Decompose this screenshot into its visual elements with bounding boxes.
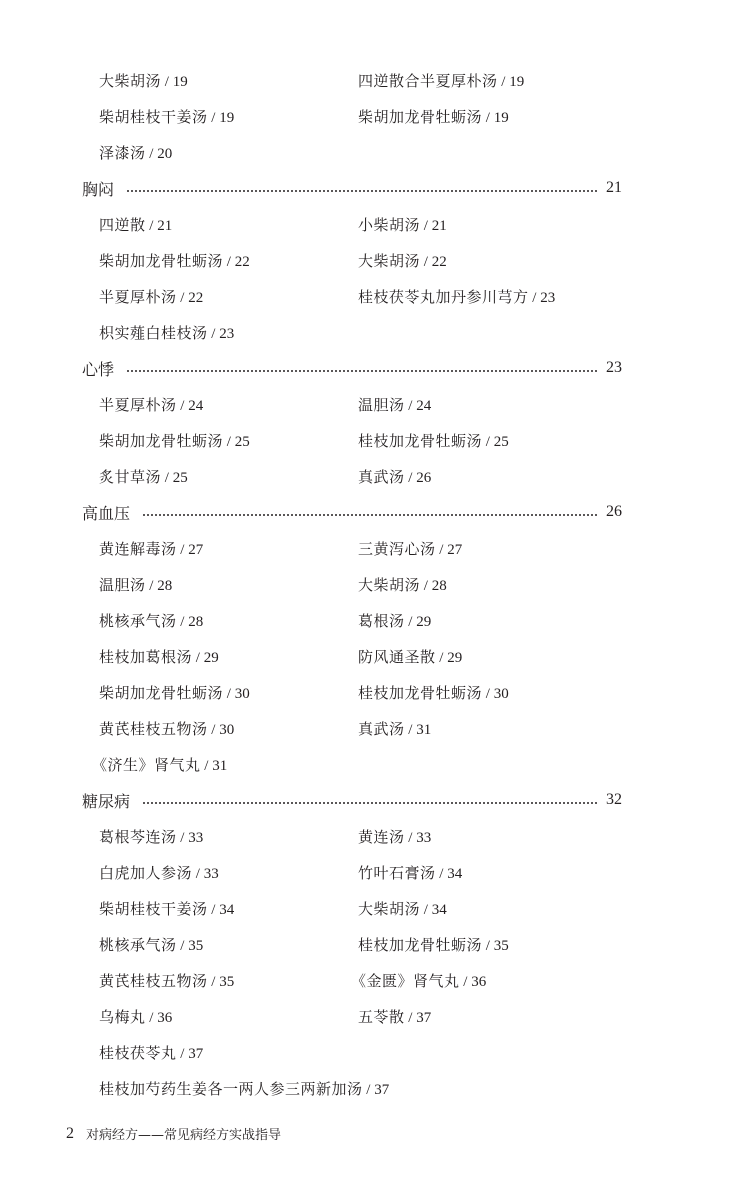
entry-title: 桂枝加葛根汤 xyxy=(99,648,192,666)
entry-title: 大柴胡汤 xyxy=(358,252,420,270)
page-number: 2 xyxy=(66,1125,74,1143)
entry-page: 22 xyxy=(235,254,250,270)
entry-title: 大柴胡汤 xyxy=(99,72,161,90)
toc-entry-left: 柴胡桂枝干姜汤 / 34 xyxy=(82,898,358,919)
toc-row: 乌梅丸 / 36五苓散 / 37 xyxy=(82,998,622,1034)
separator: / xyxy=(192,650,204,666)
section-title: 糖尿病 xyxy=(82,789,130,812)
toc-row: 桃核承气汤 / 35桂枝加龙骨牡蛎汤 / 35 xyxy=(82,926,622,962)
entry-title: 枳实薤白桂枝汤 xyxy=(99,324,208,342)
entry-page: 21 xyxy=(157,218,172,234)
entry-title: 桃核承气汤 xyxy=(99,612,177,630)
toc-entry-left: 柴胡桂枝干姜汤 / 19 xyxy=(82,106,358,127)
separator: / xyxy=(208,902,220,918)
separator: / xyxy=(177,290,189,306)
toc-entry-left: 半夏厚朴汤 / 24 xyxy=(82,394,358,415)
separator: / xyxy=(436,866,448,882)
separator: / xyxy=(201,758,213,774)
dotted-leader xyxy=(142,802,598,804)
entry-title: 柴胡加龙骨牡蛎汤 xyxy=(99,252,223,270)
toc-entry-right: 桂枝茯苓丸加丹参川芎方 / 23 xyxy=(358,286,622,307)
entry-page: 27 xyxy=(447,542,462,558)
entry-title: 《济生》肾气丸 xyxy=(92,756,201,774)
entry-title: 桂枝加龙骨牡蛎汤 xyxy=(358,684,482,702)
toc-entry-left: 温胆汤 / 28 xyxy=(82,574,358,595)
entry-title: 葛根芩连汤 xyxy=(99,828,177,846)
entry-title: 半夏厚朴汤 xyxy=(99,396,177,414)
toc-row: 炙甘草汤 / 25真武汤 / 26 xyxy=(82,458,622,494)
entry-page: 36 xyxy=(471,974,486,990)
separator: / xyxy=(223,254,235,270)
toc-entry-right: 大柴胡汤 / 28 xyxy=(358,574,622,595)
toc-entry-left: 桂枝茯苓丸 / 37 xyxy=(82,1042,358,1063)
separator: / xyxy=(208,326,220,342)
toc-entry-right: 大柴胡汤 / 22 xyxy=(358,250,622,271)
entry-page: 22 xyxy=(188,290,203,306)
toc-entry-left: 黄芪桂枝五物汤 / 35 xyxy=(82,970,358,991)
separator: / xyxy=(161,74,173,90)
toc-entry-left: 柴胡加龙骨牡蛎汤 / 25 xyxy=(82,430,358,451)
toc-entry-right: 真武汤 / 31 xyxy=(358,718,622,739)
entry-page: 34 xyxy=(432,902,447,918)
separator: / xyxy=(498,74,510,90)
separator: / xyxy=(146,146,158,162)
entry-title: 葛根汤 xyxy=(358,612,405,630)
entry-title: 竹叶石膏汤 xyxy=(358,864,436,882)
entry-title: 柴胡桂枝干姜汤 xyxy=(99,900,208,918)
entry-page: 31 xyxy=(416,722,431,738)
separator: / xyxy=(482,686,494,702)
separator: / xyxy=(482,110,494,126)
separator: / xyxy=(363,1082,375,1098)
toc-row: 四逆散 / 21小柴胡汤 / 21 xyxy=(82,206,622,242)
separator: / xyxy=(208,722,220,738)
entry-page: 20 xyxy=(157,146,172,162)
entry-title: 黄连解毒汤 xyxy=(99,540,177,558)
entry-page: 28 xyxy=(432,578,447,594)
entry-page: 23 xyxy=(540,290,555,306)
toc-row: 柴胡加龙骨牡蛎汤 / 25桂枝加龙骨牡蛎汤 / 25 xyxy=(82,422,622,458)
toc-entry-right: 温胆汤 / 24 xyxy=(358,394,622,415)
separator: / xyxy=(405,614,417,630)
entry-page: 19 xyxy=(173,74,188,90)
toc-row: 葛根芩连汤 / 33黄连汤 / 33 xyxy=(82,818,622,854)
entry-page: 21 xyxy=(432,218,447,234)
separator: / xyxy=(405,470,417,486)
entry-page: 33 xyxy=(188,830,203,846)
toc-entry-right: 四逆散合半夏厚朴汤 / 19 xyxy=(358,70,622,91)
section-title: 高血压 xyxy=(82,501,130,524)
separator: / xyxy=(420,218,432,234)
toc-entry-right: 大柴胡汤 / 34 xyxy=(358,898,622,919)
separator: / xyxy=(223,686,235,702)
toc-entry-left: 半夏厚朴汤 / 22 xyxy=(82,286,358,307)
entry-title: 三黄泻心汤 xyxy=(358,540,436,558)
toc-entry-right: 桂枝加龙骨牡蛎汤 / 25 xyxy=(358,430,622,451)
entry-page: 37 xyxy=(374,1082,389,1098)
entry-page: 29 xyxy=(204,650,219,666)
toc-row: 温胆汤 / 28大柴胡汤 / 28 xyxy=(82,566,622,602)
entry-title: 小柴胡汤 xyxy=(358,216,420,234)
entry-page: 35 xyxy=(188,938,203,954)
entry-page: 24 xyxy=(188,398,203,414)
entry-title: 炙甘草汤 xyxy=(99,468,161,486)
dotted-leader xyxy=(126,190,598,192)
toc-row: 黄连解毒汤 / 27三黄泻心汤 / 27 xyxy=(82,530,622,566)
entry-page: 19 xyxy=(509,74,524,90)
toc-row: 桃核承气汤 / 28葛根汤 / 29 xyxy=(82,602,622,638)
toc-entry-right: 三黄泻心汤 / 27 xyxy=(358,538,622,559)
separator: / xyxy=(405,1010,417,1026)
entry-page: 34 xyxy=(447,866,462,882)
entry-title: 桂枝加龙骨牡蛎汤 xyxy=(358,432,482,450)
entry-title: 四逆散合半夏厚朴汤 xyxy=(358,72,498,90)
separator: / xyxy=(482,938,494,954)
entry-title: 黄连汤 xyxy=(358,828,405,846)
entry-title: 泽漆汤 xyxy=(99,144,146,162)
separator: / xyxy=(208,110,220,126)
toc-entry-left: 泽漆汤 / 20 xyxy=(82,142,358,163)
toc-row: 桂枝加葛根汤 / 29防风通圣散 / 29 xyxy=(82,638,622,674)
entry-title: 桂枝茯苓丸 xyxy=(99,1044,177,1062)
entry-page: 25 xyxy=(235,434,250,450)
separator: / xyxy=(405,830,417,846)
toc-entry-left: 乌梅丸 / 36 xyxy=(82,1006,358,1027)
entry-title: 防风通圣散 xyxy=(358,648,436,666)
entry-page: 31 xyxy=(212,758,227,774)
toc-row: 柴胡加龙骨牡蛎汤 / 22大柴胡汤 / 22 xyxy=(82,242,622,278)
entry-page: 37 xyxy=(416,1010,431,1026)
separator: / xyxy=(208,974,220,990)
section-heading: 胸闷21 xyxy=(82,170,622,206)
toc-row: 黄芪桂枝五物汤 / 35《金匮》肾气丸 / 36 xyxy=(82,962,622,998)
separator: / xyxy=(177,938,189,954)
separator: / xyxy=(436,650,448,666)
toc-entry-right: 真武汤 / 26 xyxy=(358,466,622,487)
toc-row: 柴胡桂枝干姜汤 / 34大柴胡汤 / 34 xyxy=(82,890,622,926)
separator: / xyxy=(223,434,235,450)
separator: / xyxy=(177,1046,189,1062)
toc-row: 桂枝茯苓丸 / 37 xyxy=(82,1034,622,1070)
toc-entry-left: 炙甘草汤 / 25 xyxy=(82,466,358,487)
toc-entry-left: 黄芪桂枝五物汤 / 30 xyxy=(82,718,358,739)
toc-entry-left: 桂枝加葛根汤 / 29 xyxy=(82,646,358,667)
toc-entry-left: 大柴胡汤 / 19 xyxy=(82,70,358,91)
table-of-contents: 大柴胡汤 / 19四逆散合半夏厚朴汤 / 19柴胡桂枝干姜汤 / 19柴胡加龙骨… xyxy=(82,62,622,1106)
toc-entry-left: 葛根芩连汤 / 33 xyxy=(82,826,358,847)
entry-page: 34 xyxy=(219,902,234,918)
entry-title: 温胆汤 xyxy=(99,576,146,594)
entry-title: 大柴胡汤 xyxy=(358,576,420,594)
entry-title: 乌梅丸 xyxy=(99,1008,146,1026)
toc-row: 半夏厚朴汤 / 24温胆汤 / 24 xyxy=(82,386,622,422)
toc-entry-right: 黄连汤 / 33 xyxy=(358,826,622,847)
section-page: 32 xyxy=(606,791,622,809)
toc-entry-right: 五苓散 / 37 xyxy=(358,1006,622,1027)
toc-entry-left: 枳实薤白桂枝汤 / 23 xyxy=(82,322,358,343)
entry-page: 28 xyxy=(157,578,172,594)
separator: / xyxy=(177,614,189,630)
section-heading: 心悸23 xyxy=(82,350,622,386)
toc-entry-right: 《金匮》肾气丸 / 36 xyxy=(351,970,622,991)
entry-page: 25 xyxy=(494,434,509,450)
entry-title: 半夏厚朴汤 xyxy=(99,288,177,306)
entry-title: 黄芪桂枝五物汤 xyxy=(99,972,208,990)
toc-row: 柴胡桂枝干姜汤 / 19柴胡加龙骨牡蛎汤 / 19 xyxy=(82,98,622,134)
dotted-leader xyxy=(142,514,598,516)
toc-entry-left: 白虎加人参汤 / 33 xyxy=(82,862,358,883)
toc-entry-left: 四逆散 / 21 xyxy=(82,214,358,235)
entry-title: 《金匮》肾气丸 xyxy=(351,972,460,990)
toc-row: 桂枝加芍药生姜各一两人参三两新加汤 / 37 xyxy=(82,1070,622,1106)
section-heading: 高血压26 xyxy=(82,494,622,530)
entry-page: 30 xyxy=(219,722,234,738)
section-title: 胸闷 xyxy=(82,177,114,200)
entry-page: 26 xyxy=(416,470,431,486)
entry-page: 27 xyxy=(188,542,203,558)
entry-page: 35 xyxy=(219,974,234,990)
toc-entry-right: 防风通圣散 / 29 xyxy=(358,646,622,667)
running-title: 对病经方——常见病经方实战指导 xyxy=(86,1124,281,1143)
toc-entry-right: 桂枝加龙骨牡蛎汤 / 35 xyxy=(358,934,622,955)
toc-entry-left: 《济生》肾气丸 / 31 xyxy=(82,754,358,775)
entry-title: 柴胡桂枝干姜汤 xyxy=(99,108,208,126)
toc-entry-left: 桃核承气汤 / 35 xyxy=(82,934,358,955)
toc-row: 大柴胡汤 / 19四逆散合半夏厚朴汤 / 19 xyxy=(82,62,622,98)
section-title: 心悸 xyxy=(82,357,114,380)
toc-row: 泽漆汤 / 20 xyxy=(82,134,622,170)
dotted-leader xyxy=(126,370,598,372)
entry-page: 19 xyxy=(219,110,234,126)
toc-entry-right: 葛根汤 / 29 xyxy=(358,610,622,631)
entry-page: 29 xyxy=(447,650,462,666)
separator: / xyxy=(405,722,417,738)
separator: / xyxy=(177,398,189,414)
entry-title: 柴胡加龙骨牡蛎汤 xyxy=(358,108,482,126)
entry-page: 30 xyxy=(494,686,509,702)
entry-page: 33 xyxy=(416,830,431,846)
toc-row: 柴胡加龙骨牡蛎汤 / 30桂枝加龙骨牡蛎汤 / 30 xyxy=(82,674,622,710)
toc-entry-left: 桃核承气汤 / 28 xyxy=(82,610,358,631)
toc-entry-right: 竹叶石膏汤 / 34 xyxy=(358,862,622,883)
entry-title: 黄芪桂枝五物汤 xyxy=(99,720,208,738)
entry-title: 桂枝加龙骨牡蛎汤 xyxy=(358,936,482,954)
separator: / xyxy=(529,290,541,306)
entry-page: 29 xyxy=(416,614,431,630)
section-page: 21 xyxy=(606,179,622,197)
entry-title: 四逆散 xyxy=(99,216,146,234)
entry-title: 真武汤 xyxy=(358,720,405,738)
entry-page: 19 xyxy=(494,110,509,126)
entry-title: 桃核承气汤 xyxy=(99,936,177,954)
separator: / xyxy=(161,470,173,486)
toc-entry-right: 柴胡加龙骨牡蛎汤 / 19 xyxy=(358,106,622,127)
toc-row: 黄芪桂枝五物汤 / 30真武汤 / 31 xyxy=(82,710,622,746)
toc-row: 半夏厚朴汤 / 22桂枝茯苓丸加丹参川芎方 / 23 xyxy=(82,278,622,314)
toc-row: 白虎加人参汤 / 33竹叶石膏汤 / 34 xyxy=(82,854,622,890)
entry-page: 37 xyxy=(188,1046,203,1062)
separator: / xyxy=(146,1010,158,1026)
entry-title: 桂枝加芍药生姜各一两人参三两新加汤 xyxy=(99,1080,363,1098)
toc-entry-left: 柴胡加龙骨牡蛎汤 / 22 xyxy=(82,250,358,271)
section-page: 26 xyxy=(606,503,622,521)
page-footer: 2 对病经方——常见病经方实战指导 xyxy=(66,1124,281,1143)
separator: / xyxy=(405,398,417,414)
separator: / xyxy=(177,830,189,846)
separator: / xyxy=(146,578,158,594)
entry-title: 真武汤 xyxy=(358,468,405,486)
entry-title: 桂枝茯苓丸加丹参川芎方 xyxy=(358,288,529,306)
entry-page: 36 xyxy=(157,1010,172,1026)
entry-title: 大柴胡汤 xyxy=(358,900,420,918)
separator: / xyxy=(146,218,158,234)
separator: / xyxy=(420,902,432,918)
entry-page: 33 xyxy=(204,866,219,882)
entry-page: 35 xyxy=(494,938,509,954)
toc-entry-left: 柴胡加龙骨牡蛎汤 / 30 xyxy=(82,682,358,703)
entry-page: 22 xyxy=(432,254,447,270)
separator: / xyxy=(460,974,472,990)
entry-page: 25 xyxy=(173,470,188,486)
toc-entry-right: 桂枝加龙骨牡蛎汤 / 30 xyxy=(358,682,622,703)
entry-title: 柴胡加龙骨牡蛎汤 xyxy=(99,684,223,702)
entry-title: 温胆汤 xyxy=(358,396,405,414)
entry-page: 24 xyxy=(416,398,431,414)
toc-entry-left: 黄连解毒汤 / 27 xyxy=(82,538,358,559)
section-heading: 糖尿病32 xyxy=(82,782,622,818)
toc-entry-right: 小柴胡汤 / 21 xyxy=(358,214,622,235)
separator: / xyxy=(420,254,432,270)
separator: / xyxy=(482,434,494,450)
separator: / xyxy=(420,578,432,594)
separator: / xyxy=(177,542,189,558)
separator: / xyxy=(436,542,448,558)
section-page: 23 xyxy=(606,359,622,377)
entry-page: 28 xyxy=(188,614,203,630)
entry-title: 五苓散 xyxy=(358,1008,405,1026)
toc-row: 《济生》肾气丸 / 31 xyxy=(82,746,622,782)
toc-row: 枳实薤白桂枝汤 / 23 xyxy=(82,314,622,350)
separator: / xyxy=(192,866,204,882)
entry-page: 30 xyxy=(235,686,250,702)
entry-title: 白虎加人参汤 xyxy=(99,864,192,882)
toc-entry-left: 桂枝加芍药生姜各一两人参三两新加汤 / 37 xyxy=(82,1078,622,1099)
entry-title: 柴胡加龙骨牡蛎汤 xyxy=(99,432,223,450)
entry-page: 23 xyxy=(219,326,234,342)
